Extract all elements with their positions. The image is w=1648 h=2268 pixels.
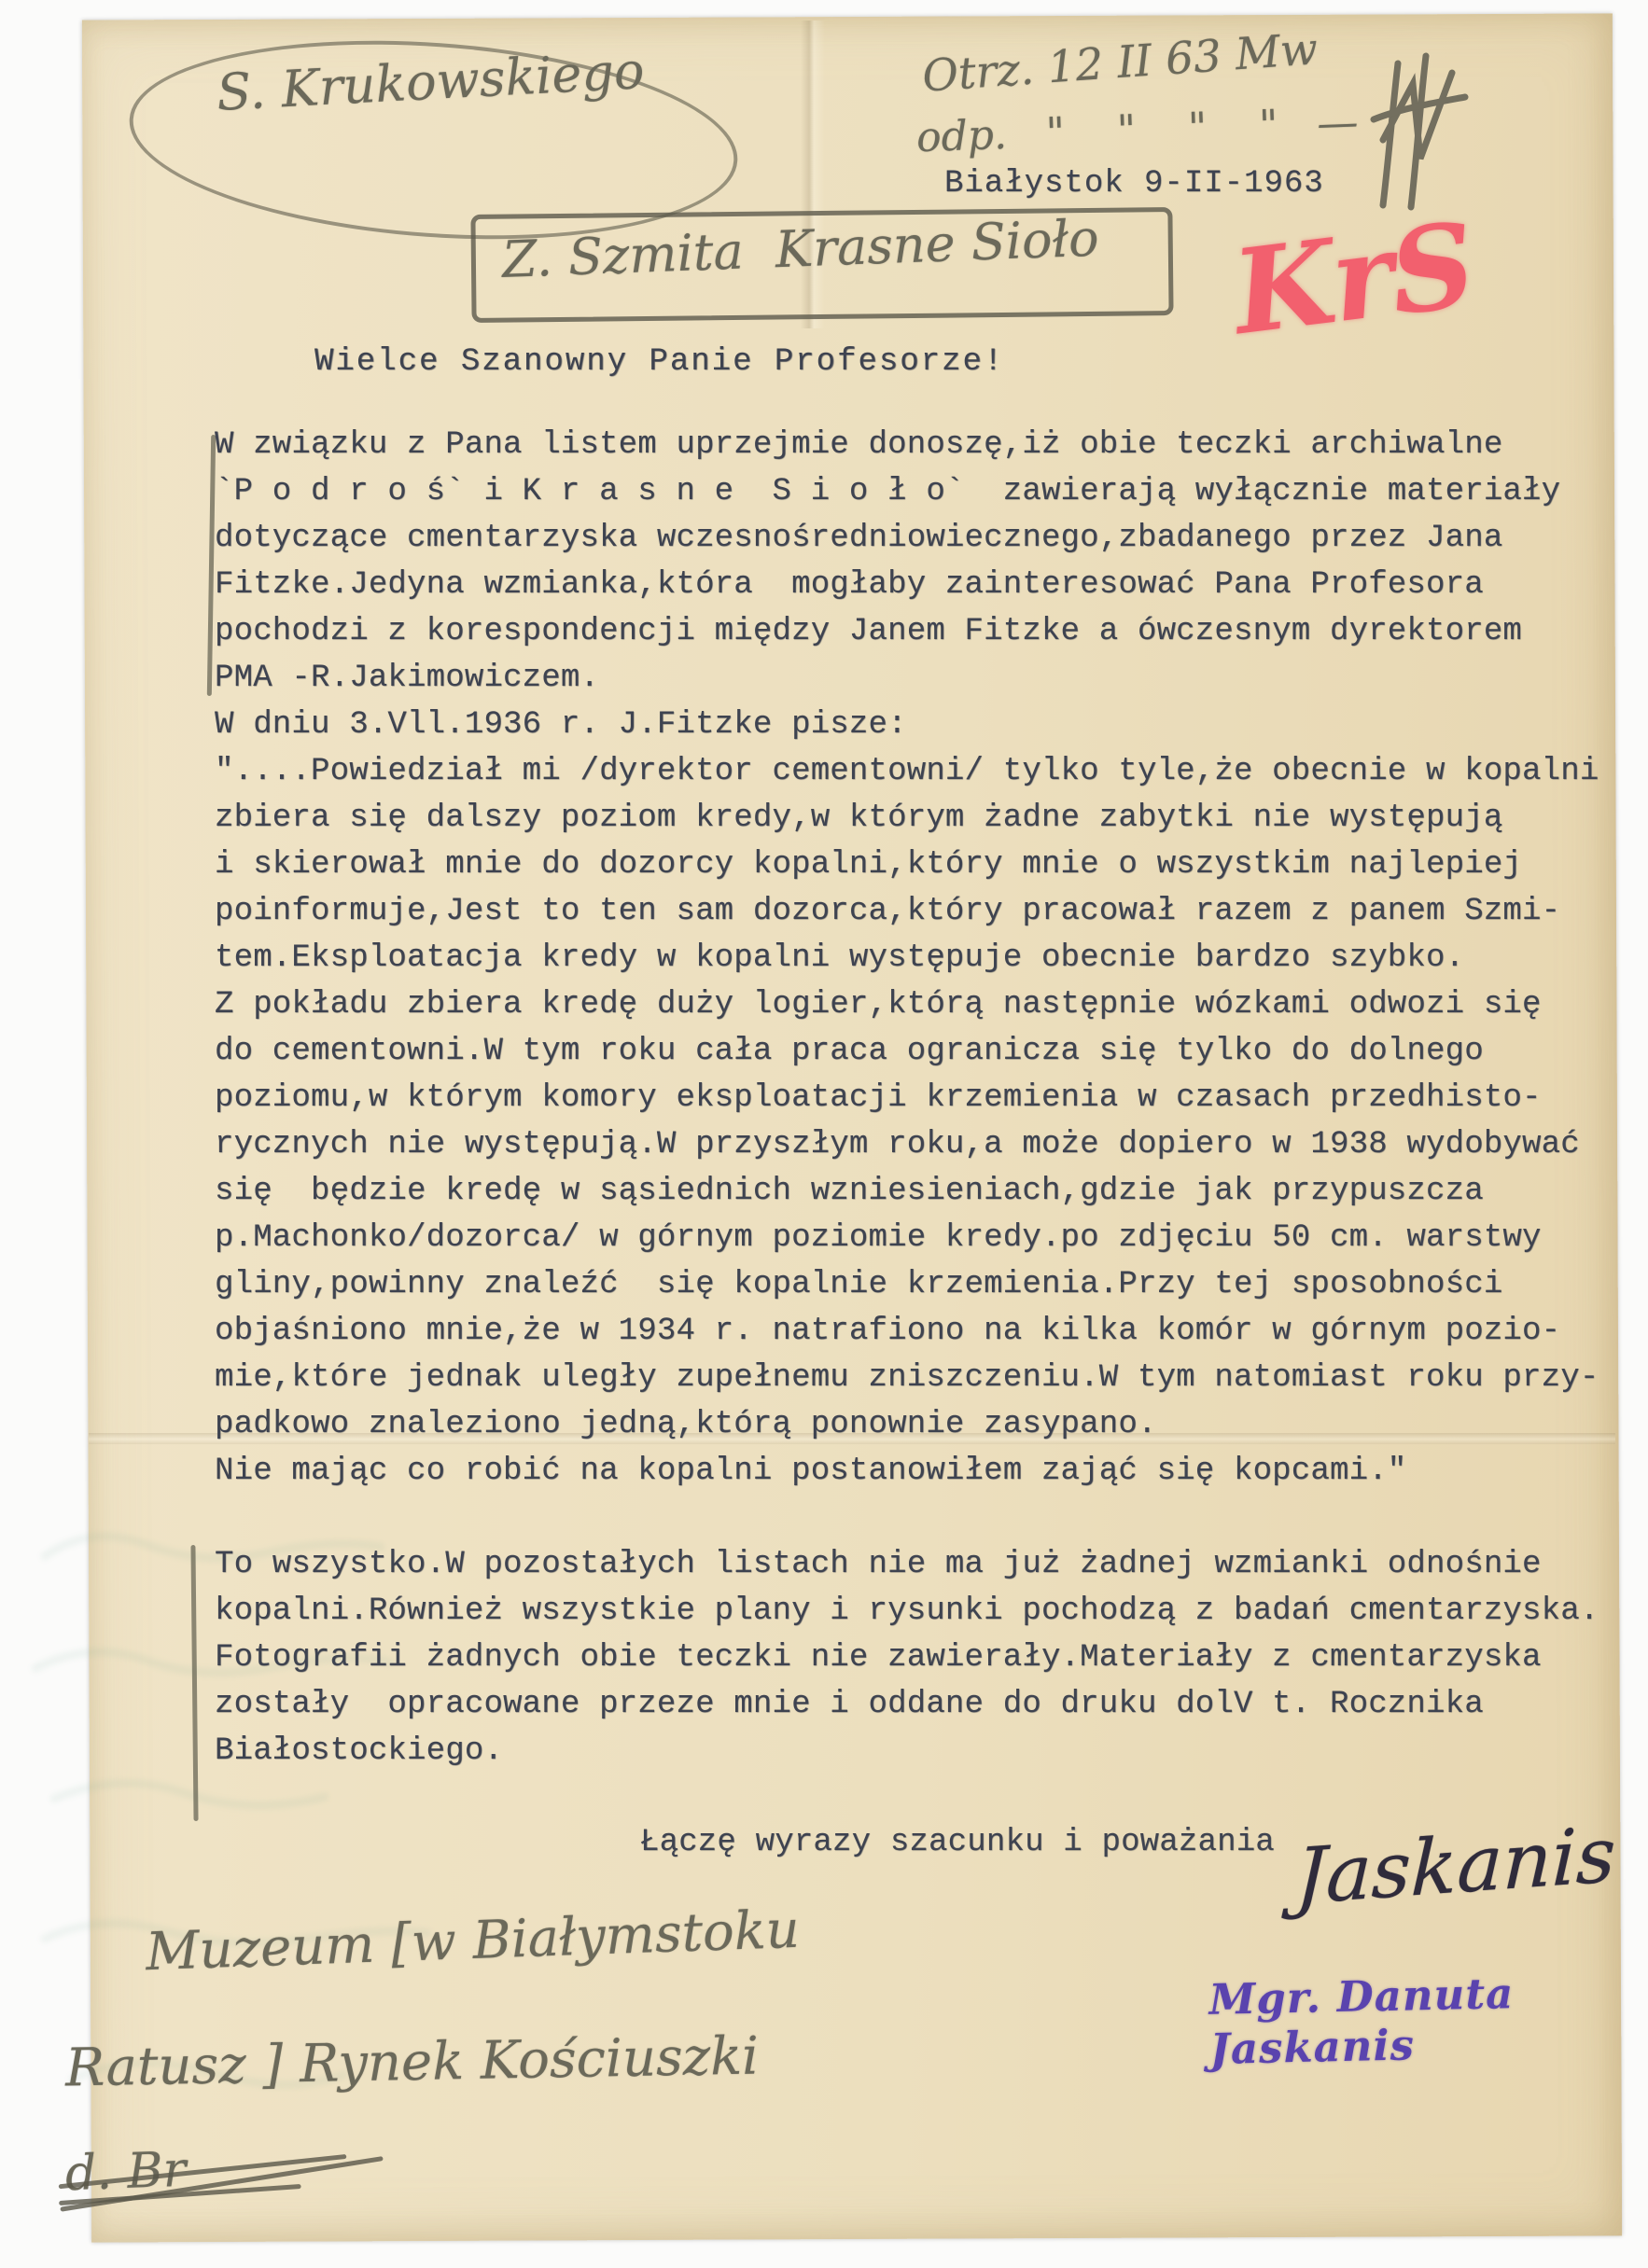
crossed-out-note: d. Br xyxy=(64,2142,187,2202)
sender-case-note: Z. Szmita Krasne Sioło xyxy=(501,209,1100,289)
name-stamp: Mgr. Danuta Jaskanis xyxy=(1208,1966,1648,2074)
handwritten-signature: Jaskanis xyxy=(1294,1817,1617,1916)
letter-body: W związku z Pana listem uprzejmie donosz… xyxy=(215,422,1599,1495)
red-crayon-initials: KrS xyxy=(1227,208,1479,352)
salutation: Wielce Szanowny Panie Profesorze! xyxy=(314,344,1004,380)
museum-address-note-line2: Ratusz ] Rynek Kościuszki xyxy=(64,2026,759,2099)
sender-case-box: Z. Szmita Krasne Sioło xyxy=(470,207,1173,323)
scan-background: S. Krukowskiego Otrz. 12 II 63 Mw odp. "… xyxy=(0,0,1648,2268)
monogram-scribble xyxy=(1355,47,1476,219)
typed-place-date: Białystok 9-II-1963 xyxy=(944,166,1324,202)
closing-paragraph: To wszystko.W pozostałych listach nie ma… xyxy=(215,1541,1599,1774)
closing-formula: Łączę wyrazy szacunku i poważania xyxy=(640,1825,1275,1860)
